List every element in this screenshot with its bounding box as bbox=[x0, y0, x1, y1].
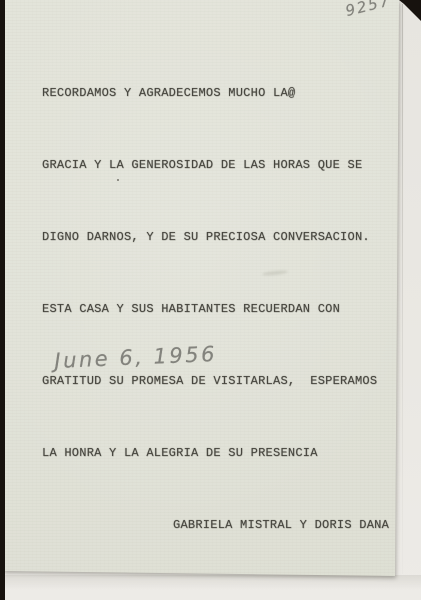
typed-line: GRACIA Y LA GENEROSIDAD DE LAS HORAS QUE… bbox=[42, 153, 402, 177]
typewritten-text-block: RECORDAMOS Y AGRADECEMOS MUCHO LA@ GRACI… bbox=[42, 33, 402, 585]
signature-line: GABRIELA MISTRAL Y DORIS DANA bbox=[42, 513, 402, 537]
scanner-edge-left bbox=[0, 0, 5, 600]
stray-ink-dot bbox=[117, 179, 119, 181]
typed-line: ESTA CASA Y SUS HABITANTES RECUERDAN CON bbox=[42, 297, 402, 321]
scanned-letter: RECORDAMOS Y AGRADECEMOS MUCHO LA@ GRACI… bbox=[0, 0, 421, 600]
typed-line: LA HONRA Y LA ALEGRIA DE SU PRESENCIA bbox=[42, 441, 402, 465]
typed-line: GRATITUD SU PROMESA DE VISITARLAS, ESPER… bbox=[42, 369, 402, 393]
typed-line: DIGNO DARNOS, Y DE SU PRECIOSA CONVERSAC… bbox=[42, 225, 402, 249]
typed-line: RECORDAMOS Y AGRADECEMOS MUCHO LA@ bbox=[42, 81, 402, 105]
